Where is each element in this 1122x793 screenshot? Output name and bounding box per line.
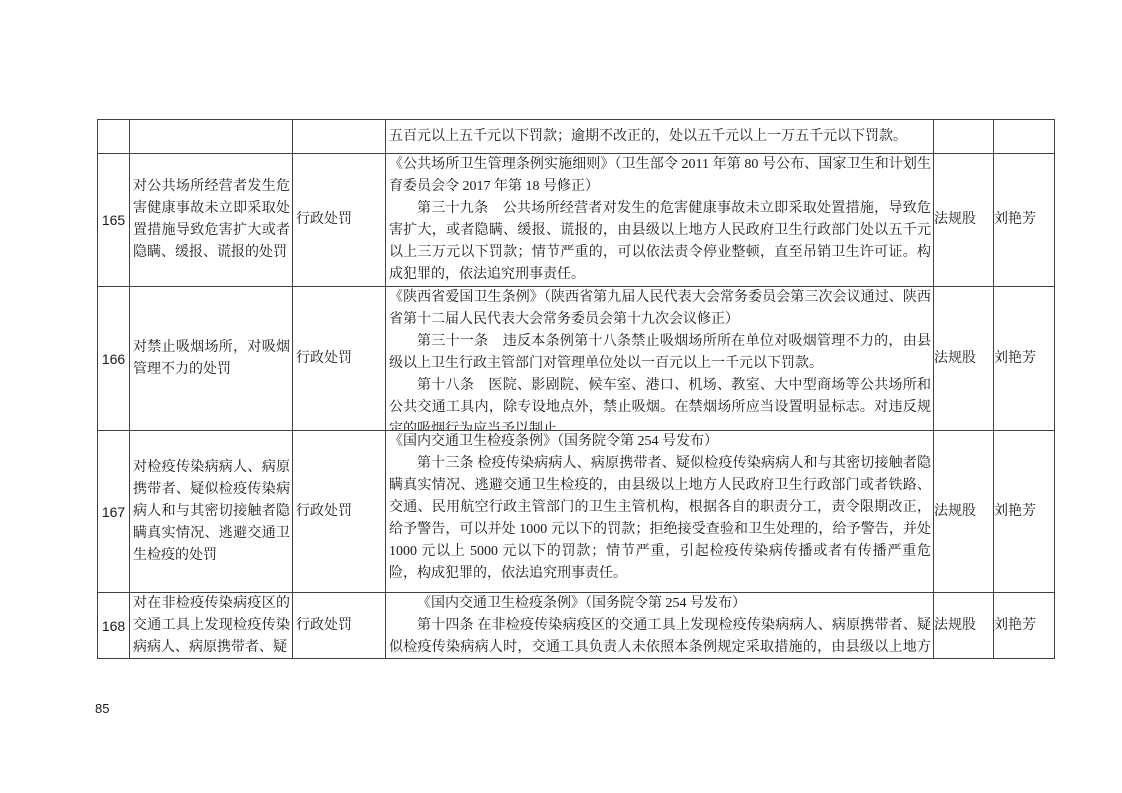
legal-basis-paragraph: 第十四条 在非检疫传染病疫区的交通工具上发现检疫传染病病人、病原携带者、疑似检疫… [389,615,931,658]
table-row: 五百元以上五千元以下罚款；逾期不改正的，处以五千元以上一万五千元以下罚款。 [98,120,1055,154]
reviewer-text: 刘艳芳 [994,348,1054,370]
legal-basis-paragraph: 五百元以上五千元以下罚款；逾期不改正的，处以五千元以上一万五千元以下罚款。 [389,126,931,148]
penalty-item-cell: 对公共场所经营者发生危害健康事故未立即采取处置措施导致危害扩大或者隐瞒、缓报、谎… [130,154,293,287]
document-page: 五百元以上五千元以下罚款；逾期不改正的，处以五千元以上一万五千元以下罚款。 16… [0,0,1122,793]
penalty-item-cell [130,120,293,154]
reviewer-text: 刘艳芳 [994,615,1054,637]
department-text: 法规股 [934,501,993,523]
department-cell: 法规股 [934,154,994,287]
row-number: 168 [98,615,129,637]
department-text: 法规股 [934,348,993,370]
table-row: 165 对公共场所经营者发生危害健康事故未立即采取处置措施导致危害扩大或者隐瞒、… [98,154,1055,287]
legal-basis-cell: 《国内交通卫生检疫条例》（国务院令第 254 号发布） 第十四条 在非检疫传染病… [386,593,934,659]
legal-basis-paragraph: 《国内交通卫生检疫条例》（国务院令第 254 号发布） [389,593,931,615]
legal-basis-paragraph: 第三十九条 公共场所经营者对发生的危害健康事故未立即采取处置措施，导致危害扩大，… [389,198,931,286]
penalty-type-cell: 行政处罚 [293,154,386,287]
reviewer-text: 刘艳芳 [994,209,1054,231]
department-cell: 法规股 [934,593,994,659]
penalty-type-cell: 行政处罚 [293,593,386,659]
penalty-item-text: 对检疫传染病病人、病原携带者、疑似检疫传染病病人和与其密切接触者隐瞒真实情况、逃… [133,457,290,567]
penalty-type-cell: 行政处罚 [293,431,386,593]
row-number: 165 [98,209,129,231]
penalty-type-text: 行政处罚 [296,615,385,637]
reviewer-cell: 刘艳芳 [994,431,1055,593]
reviewer-text: 刘艳芳 [994,501,1054,523]
reviewer-cell: 刘艳芳 [994,154,1055,287]
reviewer-cell: 刘艳芳 [994,287,1055,431]
penalty-type-text: 行政处罚 [296,209,385,231]
penalty-item-cell: 对在非检疫传染病疫区的交通工具上发现检疫传染病病人、病原携带者、疑 [130,593,293,659]
penalty-type-cell: 行政处罚 [293,287,386,431]
legal-basis-cell: 五百元以上五千元以下罚款；逾期不改正的，处以五千元以上一万五千元以下罚款。 [386,120,934,154]
department-cell: 法规股 [934,287,994,431]
department-cell [934,120,994,154]
legal-basis-paragraph: 第十八条 医院、影剧院、候车室、港口、机场、教室、大中型商场等公共场所和公共交通… [389,375,931,430]
row-number-cell: 165 [98,154,130,287]
table-row: 168 对在非检疫传染病疫区的交通工具上发现检疫传染病病人、病原携带者、疑 行政… [98,593,1055,659]
row-number-cell: 166 [98,287,130,431]
penalty-item-cell: 对检疫传染病病人、病原携带者、疑似检疫传染病病人和与其密切接触者隐瞒真实情况、逃… [130,431,293,593]
table-row: 166 对禁止吸烟场所，对吸烟管理不力的处罚 行政处罚 《陕西省爱国卫生条例》（… [98,287,1055,431]
table-row: 167 对检疫传染病病人、病原携带者、疑似检疫传染病病人和与其密切接触者隐瞒真实… [98,431,1055,593]
legal-basis-paragraph: 《陕西省爱国卫生条例》（陕西省第九届人民代表大会常务委员会第三次会议通过、陕西省… [389,287,931,331]
row-number: 167 [98,501,129,523]
row-number-cell [98,120,130,154]
legal-basis-paragraph: 第三十一条 违反本条例第十八条禁止吸烟场所所在单位对吸烟管理不力的，由县级以上卫… [389,331,931,375]
penalty-table: 五百元以上五千元以下罚款；逾期不改正的，处以五千元以上一万五千元以下罚款。 16… [97,119,1055,659]
legal-basis-paragraph: 《公共场所卫生管理条例实施细则》（卫生部令 2011 年第 80 号公布、国家卫… [389,154,931,198]
penalty-item-cell: 对禁止吸烟场所，对吸烟管理不力的处罚 [130,287,293,431]
department-text: 法规股 [934,209,993,231]
penalty-item-text: 对在非检疫传染病疫区的交通工具上发现检疫传染病病人、病原携带者、疑 [133,593,290,658]
row-number-cell: 167 [98,431,130,593]
legal-basis-cell: 《国内交通卫生检疫条例》（国务院令第 254 号发布） 第十三条 检疫传染病病人… [386,431,934,593]
penalty-type-cell [293,120,386,154]
legal-basis-cell: 《陕西省爱国卫生条例》（陕西省第九届人民代表大会常务委员会第三次会议通过、陕西省… [386,287,934,431]
reviewer-cell [994,120,1055,154]
penalty-item-text: 对公共场所经营者发生危害健康事故未立即采取处置措施导致危害扩大或者隐瞒、缓报、谎… [133,176,290,264]
penalty-type-text: 行政处罚 [296,348,385,370]
legal-basis-cell: 《公共场所卫生管理条例实施细则》（卫生部令 2011 年第 80 号公布、国家卫… [386,154,934,287]
legal-basis-paragraph: 《国内交通卫生检疫条例》（国务院令第 254 号发布） [389,431,931,453]
row-number: 166 [98,348,129,370]
department-text: 法规股 [934,615,993,637]
legal-basis-paragraph: 第十三条 检疫传染病病人、病原携带者、疑似检疫传染病病人和与其密切接触者隐瞒真实… [389,453,931,585]
penalty-type-text: 行政处罚 [296,501,385,523]
penalty-item-text: 对禁止吸烟场所，对吸烟管理不力的处罚 [133,337,290,381]
department-cell: 法规股 [934,431,994,593]
reviewer-cell: 刘艳芳 [994,593,1055,659]
row-number-cell: 168 [98,593,130,659]
page-number: 85 [95,701,109,716]
